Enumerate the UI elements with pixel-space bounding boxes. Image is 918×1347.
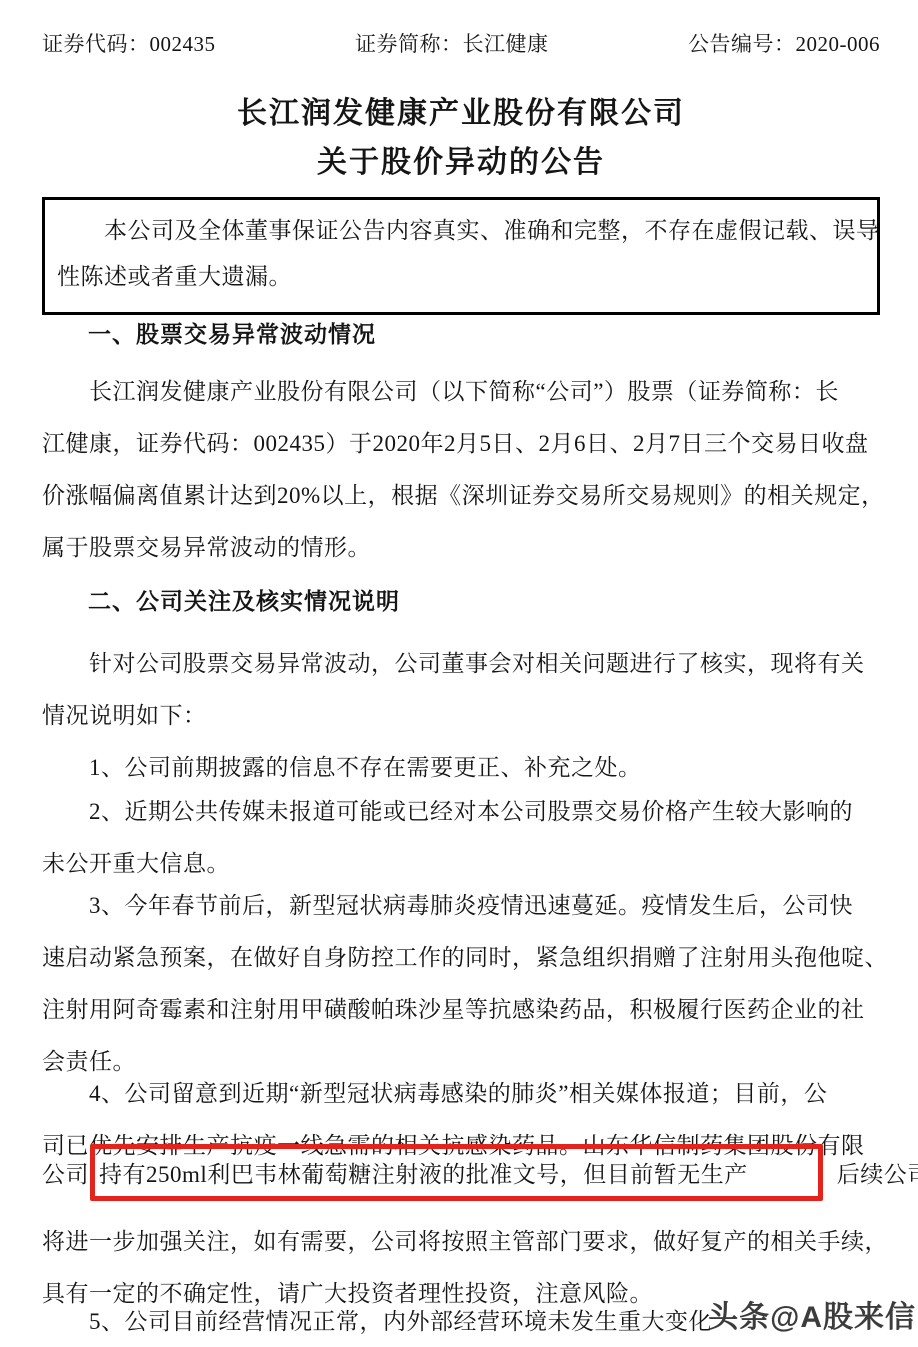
company-title: 长江润发健康产业股份有限公司 [42,88,880,132]
text-line: 属于股票交易异常波动的情形。 [42,522,880,574]
text-line: 价涨幅偏离值累计达到20%以上，根据《深圳证券交易所交易规则》的相关规定， [42,470,880,522]
text-line: 江健康，证券代码：002435）于2020年2月5日、2月6日、2月7日三个交易… [42,418,880,470]
announcement-number: 公告编号：2020-006 [688,28,880,58]
text-line: 本公司及全体董事保证公告内容真实、准确和完整，不存在虚假记载、误导 [57,208,865,254]
text-line: 情况说明如下： [42,690,880,742]
document-header: 证券代码：002435 证券简称：长江健康 公告编号：2020-006 [42,28,880,58]
red-highlight-box: 持有250ml利巴韦林葡萄糖注射液的批准文号，但目前暂无生产 [90,1144,823,1201]
stock-code: 证券代码：002435 [42,28,216,58]
announcement-title: 关于股价异动的公告 [42,137,880,181]
text-line: 长江润发健康产业股份有限公司（以下简称“公司”）股票（证券简称：长 [42,366,880,418]
section2-intro: 针对公司股票交易异常波动，公司董事会对相关问题进行了核实，现将有关情况说明如下： [42,638,880,742]
text-line: 速启动紧急预案，在做好自身防控工作的同时，紧急组织捐赠了注射用头孢他啶、 [42,932,880,984]
text-line: 将进一步加强关注，如有需要，公司将按照主管部门要求，做好复产的相关手续， [42,1216,880,1268]
section1-paragraph: 长江润发健康产业股份有限公司（以下简称“公司”）股票（证券简称：长江健康，证券代… [42,366,880,574]
highlight-prefix-text: 公司 [42,1156,89,1189]
text-line: 3、今年春节前后，新型冠状病毒肺炎疫情迅速蔓延。疫情发生后，公司快 [42,880,880,932]
announcement-page: 证券代码：002435 证券简称：长江健康 公告编号：2020-006 长江润发… [0,0,918,1347]
stock-short-name: 证券简称：长江健康 [355,28,549,58]
text-line: 性陈述或者重大遗漏。 [57,254,865,300]
section1-heading: 一、股票交易异常波动情况 [42,316,880,349]
text-line: 注射用阿奇霉素和注射用甲磺酸帕珠沙星等抗感染药品，积极履行医药企业的社 [42,984,880,1036]
section2-item2: 2、近期公共传媒未报道可能或已经对本公司股票交易价格产生较大影响的未公开重大信息… [42,786,880,890]
text-line: 2、近期公共传媒未报道可能或已经对本公司股票交易价格产生较大影响的 [42,786,880,838]
text-line: 针对公司股票交易异常波动，公司董事会对相关问题进行了核实，现将有关 [42,638,880,690]
text-line: 4、公司留意到近期“新型冠状病毒感染的肺炎”相关媒体报道；目前，公 [42,1068,880,1120]
section2-item3: 3、今年春节前后，新型冠状病毒肺炎疫情迅速蔓延。疫情发生后，公司快速启动紧急预案… [42,880,880,1088]
statement-box: 本公司及全体董事保证公告内容真实、准确和完整，不存在虚假记载、误导性陈述或者重大… [42,197,880,315]
toutiao-watermark: 头条@A股来信 [708,1292,916,1336]
item4-highlight-line: 公司 持有250ml利巴韦林葡萄糖注射液的批准文号，但目前暂无生产 后续公司 [42,1144,880,1201]
section2-heading: 二、公司关注及核实情况说明 [42,583,880,616]
highlight-suffix-text: 后续公司 [837,1156,918,1189]
